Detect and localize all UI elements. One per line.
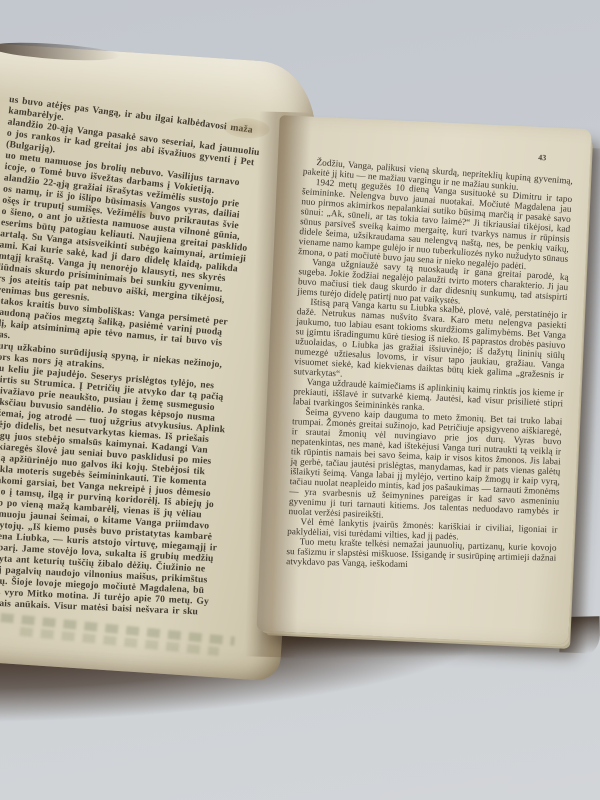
- page-number: 43: [538, 153, 546, 162]
- right-page-paragraph: Ištisą parą Vanga kartu su Liubka skalbė…: [293, 296, 567, 390]
- right-page-paragraph: Šeima gyveno kaip dauguma to meto žmonių…: [288, 406, 562, 526]
- open-book-photo: us buvo atėjęs pas Vangą, ir abu ilgai k…: [0, 0, 600, 800]
- right-page-text: Žodžiu, Vanga, palikusi vieną skurdą, ne…: [285, 156, 573, 578]
- right-page: 43 Žodžiu, Vanga, palikusi vieną skurdą,…: [256, 115, 591, 645]
- right-page-paragraph: Tuo metu krašte telkėsi nemažai jaunuoli…: [286, 536, 557, 573]
